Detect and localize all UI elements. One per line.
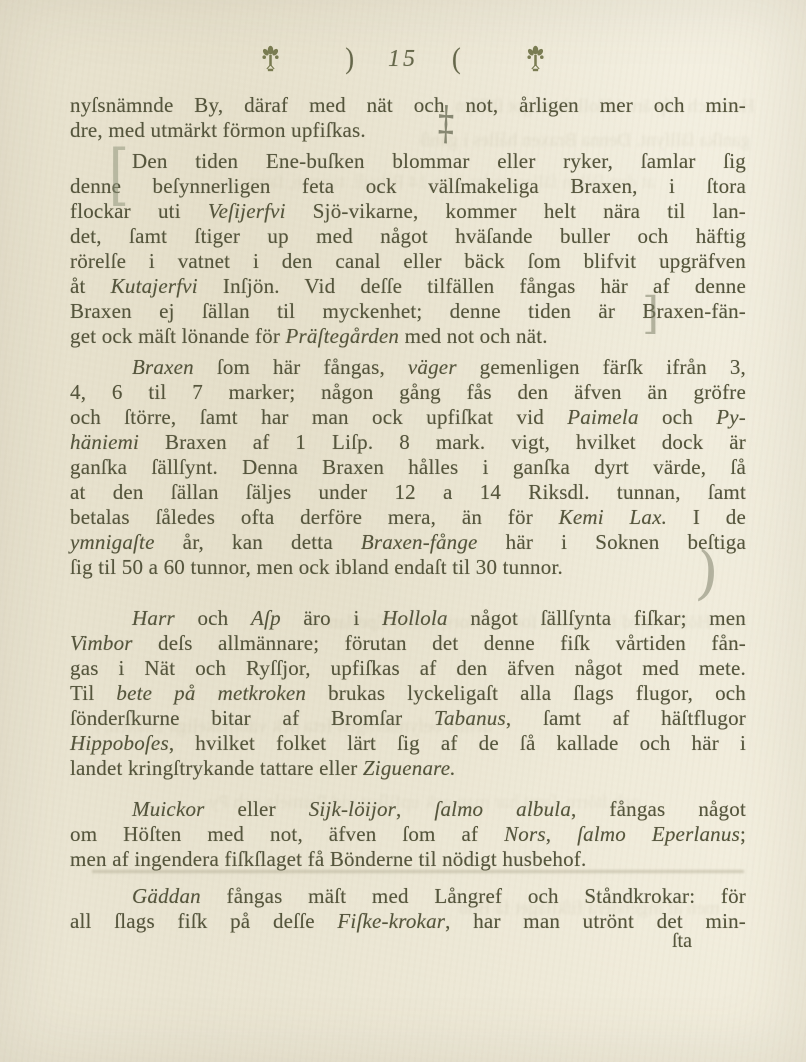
- italic-text: Ziguenare.: [363, 756, 456, 780]
- text: gemenligen färſk ifrån 3,: [457, 355, 746, 379]
- italic-text: Muickor: [132, 797, 205, 821]
- text-line: åt Kutajerfvi Inſjön. Vid deſſe tilfälle…: [70, 274, 746, 299]
- text: och: [175, 606, 251, 630]
- text-line: och ſtörre, ſamt har man ock upfiſkat vi…: [70, 405, 746, 430]
- fleuron-ornament-left-icon: [260, 45, 281, 73]
- text: landet kringſtrykande tattare eller: [70, 756, 363, 780]
- text: ſig til 50 a 60 tunnor, men ock ibland e…: [70, 555, 563, 579]
- text: men af ingendera fiſkſlaget få Bönderne …: [70, 847, 586, 871]
- text: ſönderſkurne bitar af Bromſar: [70, 706, 434, 730]
- text-line: Harr och Aſp äro i Hollola något ſällſyn…: [70, 606, 746, 631]
- text-line: ſig til 50 a 60 tunnor, men ock ibland e…: [70, 555, 746, 580]
- text: betalas ſåledes ofta derföre mera, än fö…: [70, 505, 559, 529]
- text: ſom här fångas,: [194, 355, 408, 379]
- italic-text: bete på metkroken: [116, 681, 306, 705]
- text: och: [639, 405, 717, 429]
- text: om Höſten med not, äfven ſom af: [70, 822, 504, 846]
- text: här i Soknen beſtiga: [478, 530, 746, 554]
- text-line: Den tiden Ene-buſken blommar eller ryker…: [70, 149, 746, 174]
- text: at den ſällan ſäljes under 12 a 14 Riksd…: [70, 480, 746, 504]
- text-line: dre, med utmärkt förmon upfiſkas.: [70, 118, 746, 143]
- italic-text: Paimela: [567, 405, 638, 429]
- text: det, ſamt ſtiger up med något hväſande b…: [70, 224, 746, 248]
- text-line: Braxen ej ſällan til myckenhet; denne ti…: [70, 299, 746, 324]
- text: år, kan detta: [155, 530, 361, 554]
- italic-text: häniemi: [70, 430, 139, 454]
- text-line: men af ingendera fiſkſlaget få Bönderne …: [70, 847, 746, 872]
- italic-text: Py-: [716, 405, 746, 429]
- text: något ſällſynta fiſkar; men: [448, 606, 746, 630]
- paragraph: nyſsnämnde By, däraf med nät och not, år…: [70, 93, 746, 143]
- text: I de: [667, 505, 746, 529]
- text: med not och nät.: [399, 324, 548, 348]
- text-line: at den ſällan ſäljes under 12 a 14 Riksd…: [70, 480, 746, 505]
- paragraph: Den tiden Ene-buſken blommar eller ryker…: [70, 149, 746, 349]
- italic-text: Hollola: [382, 606, 448, 630]
- text-line: Gäddan fångas mäſt med Långref och Stånd…: [70, 884, 746, 909]
- text: Braxen af 1 Liſp. 8 mark. vigt, hvilket …: [139, 430, 746, 454]
- text: ,: [546, 822, 577, 846]
- text: fångas mäſt med Långref och Ståndkrokar:…: [201, 884, 746, 908]
- text: äro i: [281, 606, 382, 630]
- text: Den tiden Ene-buſken blommar eller ryker…: [132, 149, 746, 173]
- text: åt: [70, 274, 111, 298]
- text: nyſsnämnde By, däraf med nät och not, år…: [70, 93, 746, 117]
- paragraph: Muickor eller Sijk-löijor, ſalmo albula,…: [70, 797, 746, 872]
- text: gas i Nät och Ryſſjor, upfiſkas af den ä…: [70, 656, 746, 680]
- italic-text: Kutajerfvi: [111, 274, 198, 298]
- text-line: Muickor eller Sijk-löijor, ſalmo albula,…: [70, 797, 746, 822]
- text-line: betalas ſåledes ofta derföre mera, än fö…: [70, 505, 746, 530]
- text-line: Til bete på metkroken brukas lyckeligaſt…: [70, 681, 746, 706]
- italic-text: Aſp: [251, 606, 281, 630]
- italic-text: Kemi Lax.: [559, 505, 667, 529]
- italic-text: Braxen-fånge: [361, 530, 478, 554]
- text-line: get ock mäſt lönande för Präſtegården me…: [70, 324, 746, 349]
- text: all ſlags fiſk på deſſe: [70, 909, 337, 933]
- text: Braxen ej ſällan til myckenhet; denne ti…: [70, 299, 746, 323]
- page-header: ) 15 (: [0, 44, 806, 74]
- italic-text: Präſtegården: [286, 324, 400, 348]
- italic-text: Hippoboſes: [70, 731, 169, 755]
- text-line: 4, 6 til 7 marker; någon gång fås den äf…: [70, 380, 746, 405]
- book-page: { "page": { "header": { "open_paren": ")…: [0, 0, 806, 1062]
- text-line: rörelſe i vatnet i den canal eller bäck …: [70, 249, 746, 274]
- text-line: gas i Nät och Ryſſjor, upfiſkas af den ä…: [70, 656, 746, 681]
- italic-text: Sijk-löijor: [309, 797, 396, 821]
- text: deſs allmännare; förutan det denne fiſk …: [133, 631, 746, 655]
- text: och ſtörre, ſamt har man ock upfiſkat vi…: [70, 405, 567, 429]
- text: Til: [70, 681, 116, 705]
- header-open-paren: ): [345, 42, 354, 77]
- text: , fångas något: [571, 797, 746, 821]
- text: ganſka ſällſynt. Denna Braxen hålles i g…: [70, 455, 746, 479]
- text: ;: [740, 822, 746, 846]
- italic-text: ſalmo Eperlanus: [577, 822, 740, 846]
- text: get ock mäſt lönande för: [70, 324, 286, 348]
- text-line: nyſsnämnde By, däraf med nät och not, år…: [70, 93, 746, 118]
- italic-text: Harr: [132, 606, 175, 630]
- text: Sjö-vikarne, kommer helt nära til lan-: [286, 199, 746, 223]
- text-line: all ſlags fiſk på deſſe Fiſke-krokar, ha…: [70, 909, 746, 934]
- text-line: Hippoboſes, hvilket folket lärt ſig af d…: [70, 731, 746, 756]
- catchword: ſta: [672, 930, 692, 953]
- text-line: ganſka ſällſynt. Denna Braxen hålles i g…: [70, 455, 746, 480]
- text: denne beſynnerligen feta ock välſmakelig…: [70, 174, 746, 198]
- paragraph: Braxen ſom här fångas, väger gemenligen …: [70, 355, 746, 580]
- text-line: landet kringſtrykande tattare eller Zigu…: [70, 756, 746, 781]
- text: dre, med utmärkt förmon upfiſkas.: [70, 118, 366, 142]
- text: , hvilket folket lärt ſig af de ſå kalla…: [169, 731, 746, 755]
- italic-text: ymnigaſte: [70, 530, 155, 554]
- page-number: 15: [388, 46, 418, 73]
- text-line: denne beſynnerligen feta ock välſmakelig…: [70, 174, 746, 199]
- header-close-paren: (: [452, 42, 461, 77]
- text: , ſamt af häſtflugor: [506, 706, 746, 730]
- italic-text: Tabanus: [434, 706, 506, 730]
- text: 4, 6 til 7 marker; någon gång fås den äf…: [70, 380, 746, 404]
- italic-text: ſalmo albula: [434, 797, 571, 821]
- italic-text: väger: [408, 355, 457, 379]
- text-line: häniemi Braxen af 1 Liſp. 8 mark. vigt, …: [70, 430, 746, 455]
- text: rörelſe i vatnet i den canal eller bäck …: [70, 249, 746, 273]
- paragraph: Harr och Aſp äro i Hollola något ſällſyn…: [70, 606, 746, 781]
- page-body: nyſsnämnde By, däraf med nät och not, år…: [70, 93, 746, 934]
- text-line: Vimbor deſs allmännare; förutan det denn…: [70, 631, 746, 656]
- text: ,: [396, 797, 434, 821]
- text-line: flockar uti Veſijerfvi Sjö-vikarne, komm…: [70, 199, 746, 224]
- italic-text: Veſijerfvi: [208, 199, 286, 223]
- paragraph: Gäddan fångas mäſt med Långref och Stånd…: [70, 884, 746, 934]
- text: eller: [205, 797, 309, 821]
- text-line: det, ſamt ſtiger up med något hväſande b…: [70, 224, 746, 249]
- text-line: ymnigaſte år, kan detta Braxen-fånge här…: [70, 530, 746, 555]
- text: Inſjön. Vid deſſe tilfällen fångas här a…: [198, 274, 746, 298]
- italic-text: Fiſke-krokar: [337, 909, 445, 933]
- text-line: ſönderſkurne bitar af Bromſar Tabanus, ſ…: [70, 706, 746, 731]
- fleuron-ornament-right-icon: [525, 45, 546, 73]
- text-line: Braxen ſom här fångas, väger gemenligen …: [70, 355, 746, 380]
- text: , har man utrönt det min-: [445, 909, 746, 933]
- italic-text: Nors: [504, 822, 546, 846]
- text-line: om Höſten med not, äfven ſom af Nors, ſa…: [70, 822, 746, 847]
- italic-text: Braxen: [132, 355, 194, 379]
- italic-text: Gäddan: [132, 884, 201, 908]
- text: brukas lyckeligaſt alla ſlags flugor, oc…: [306, 681, 746, 705]
- text: flockar uti: [70, 199, 208, 223]
- italic-text: Vimbor: [70, 631, 133, 655]
